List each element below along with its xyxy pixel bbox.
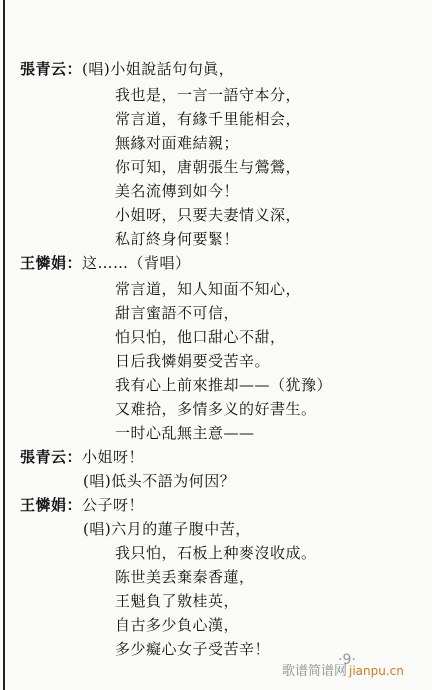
dialogue-line: 無緣对面难結親； <box>115 134 239 152</box>
dialogue-line: 我只怕，石板上种麥沒收成。 <box>115 544 317 562</box>
dialogue-line: 怕只怕，他口甜心不甜， <box>115 328 286 346</box>
speaker-name: 王憐娟： <box>20 496 82 514</box>
line-text: 陈世美丢棄秦香蓮， <box>115 568 255 586</box>
line-text: 这……（背唱） <box>82 254 191 272</box>
watermark-text: 歌谱简谱网 <box>282 664 347 679</box>
dialogue-line: 陈世美丢棄秦香蓮， <box>115 568 255 586</box>
line-text: 常言道，有緣千里能相会， <box>115 110 301 128</box>
line-text: 公子呀！ <box>82 496 144 514</box>
dialogue-line: 美名流傳到如今！ <box>115 182 239 200</box>
line-text: 一时心乱無主意—— <box>115 424 255 442</box>
watermark-url: jianpu.cn <box>349 664 404 678</box>
line-text: 王魁負了敫桂英， <box>115 592 239 610</box>
dialogue-line: 自古多少負心漢， <box>115 616 239 634</box>
line-text: (唱)低头不語为何因？ <box>83 472 235 490</box>
dialogue-line: (唱)六月的蓮子腹中苦， <box>83 520 251 538</box>
speaker-name: 張青云： <box>20 448 82 466</box>
line-text: 怕只怕，他口甜心不甜， <box>115 328 286 346</box>
dialogue-line: 你可知，唐朝張生与鶯鶯， <box>115 158 301 176</box>
line-text: 私訂終身何要緊！ <box>115 230 239 248</box>
dialogue-line: 日后我憐娟要受苦辛。 <box>115 352 270 370</box>
dialogue-line-speaker: 張青云：小姐呀！ <box>20 448 144 466</box>
dialogue-line: 甜言蜜語不可信， <box>115 304 239 322</box>
dialogue-line-speaker: 王憐娟：公子呀！ <box>20 496 144 514</box>
dialogue-line-speaker: 張青云：(唱)小姐說話句句眞， <box>20 60 234 78</box>
dialogue-line: 常言道，有緣千里能相会， <box>115 110 301 128</box>
dialogue-line: 多少癡心女子受苦辛！ <box>115 640 270 658</box>
line-text: 我也是，一言一語守本分， <box>115 86 301 104</box>
line-text: 我有心上前來推却——（犹豫） <box>115 376 332 394</box>
line-text: 你可知，唐朝張生与鶯鶯， <box>115 158 301 176</box>
dialogue-line: (唱)低头不語为何因？ <box>83 472 235 490</box>
line-text: 又难拾，多情多义的好書生。 <box>115 400 317 418</box>
line-text: 無緣对面难結親； <box>115 134 239 152</box>
line-text: 自古多少負心漢， <box>115 616 239 634</box>
line-text: 甜言蜜語不可信， <box>115 304 239 322</box>
dialogue-line: 常言道，知人知面不知心， <box>115 280 301 298</box>
dialogue-line: 小姐呀，只要夫妻情义深， <box>115 206 301 224</box>
dialogue-line: 一时心乱無主意—— <box>115 424 255 442</box>
line-text: 小姐呀！ <box>82 448 144 466</box>
dialogue-line: 王魁負了敫桂英， <box>115 592 239 610</box>
line-text: 常言道，知人知面不知心， <box>115 280 301 298</box>
line-text: 美名流傳到如今！ <box>115 182 239 200</box>
speaker-name: 張青云： <box>20 60 82 78</box>
line-text: (唱)小姐說話句句眞， <box>82 60 234 78</box>
dialogue-line-speaker: 王憐娟：这……（背唱） <box>20 254 191 272</box>
dialogue-line: 我有心上前來推却——（犹豫） <box>115 376 332 394</box>
dialogue-line: 私訂終身何要緊！ <box>115 230 239 248</box>
line-text: 我只怕，石板上种麥沒收成。 <box>115 544 317 562</box>
dialogue-line: 又难拾，多情多义的好書生。 <box>115 400 317 418</box>
dialogue-line: 我也是，一言一語守本分， <box>115 86 301 104</box>
line-text: (唱)六月的蓮子腹中苦， <box>83 520 251 538</box>
line-text: 小姐呀，只要夫妻情义深， <box>115 206 301 224</box>
script-page: 張青云：(唱)小姐說話句句眞，我也是，一言一語守本分，常言道，有緣千里能相会，無… <box>0 0 432 690</box>
speaker-name: 王憐娟： <box>20 254 82 272</box>
line-text: 日后我憐娟要受苦辛。 <box>115 352 270 370</box>
watermark: 歌谱简谱网jianpu.cn <box>282 660 404 679</box>
line-text: 多少癡心女子受苦辛！ <box>115 640 270 658</box>
